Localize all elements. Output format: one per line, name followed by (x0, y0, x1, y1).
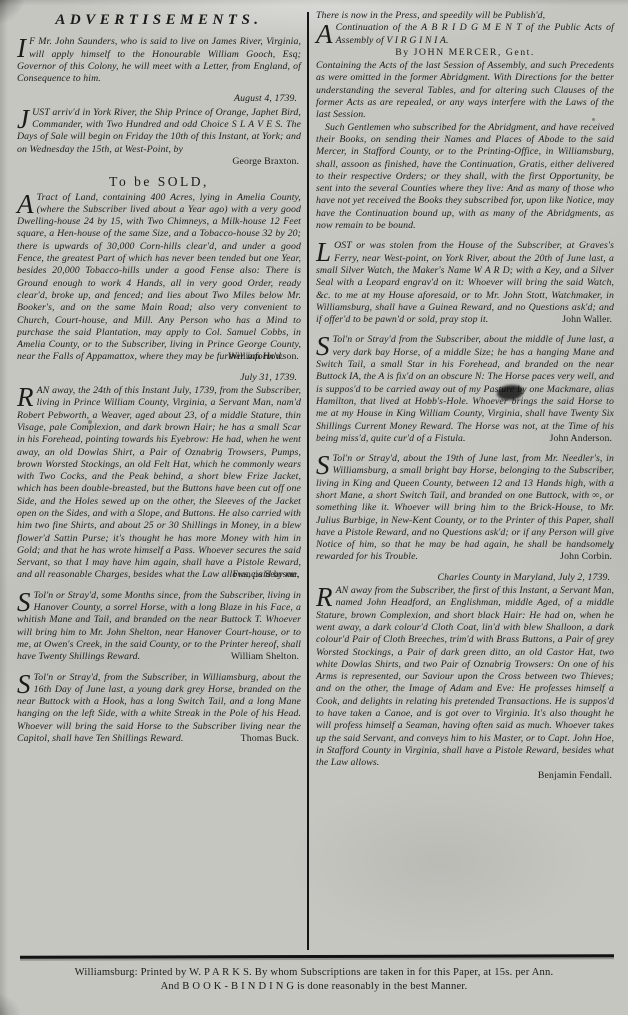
ad-land-sale: To be SOLD, A Tract of Land, containing … (17, 176, 301, 363)
ad-runaway-pebworth: July 31, 1739. RAN away, the 24th of thi… (17, 372, 301, 582)
newspaper-page: { "colors": { "paper": "#c6c6c1", "ink":… (0, 0, 628, 1015)
imprint-line-1: Williamsburg: Printed by W. P A R K S. B… (10, 966, 618, 980)
ad-heading: To be SOLD, (17, 176, 301, 188)
ad-dateline: August 4, 1739. (17, 93, 297, 105)
paper-speck (88, 420, 92, 424)
ad-body: STol'n or Stray'd from the Subscriber, a… (316, 334, 614, 445)
paper-speck (592, 118, 595, 121)
masthead-title: ADVERTISEMENTS. (17, 14, 301, 26)
ad-slave-sale: August 4, 1739. JUST arriv'd in York Riv… (17, 93, 301, 168)
printers-imprint: Williamsburg: Printed by W. P A R K S. B… (10, 966, 618, 994)
ad-body: STol'n or Stray'd, about the 19th of Jun… (316, 453, 614, 564)
ad-stray-horse-buck: STol'n or Stray'd, from the Subscriber, … (17, 672, 301, 746)
ad-body: IF Mr. John Saunders, who is said to liv… (17, 36, 301, 85)
ad-body: JUST arriv'd in York River, the Ship Pri… (17, 107, 301, 156)
ad-runaway-headford: Charles County in Maryland, July 2, 1739… (316, 572, 614, 782)
imprint-line-2: And B O O K - B I N D I N G is done reas… (10, 980, 618, 994)
left-column: ADVERTISEMENTS. IF Mr. John Saunders, wh… (17, 10, 301, 753)
paper-speck (609, 546, 613, 549)
ad-press-notice-abridgment: There is now in the Press, and speedily … (316, 10, 614, 232)
ad-dateline: Charles County in Maryland, July 2, 1739… (316, 572, 610, 584)
ad-stray-horse-shelton: STol'n or Stray'd, some Months since, fr… (17, 590, 301, 664)
right-column: There is now in the Press, and speedily … (316, 10, 614, 790)
ad-lost-watch: LOST or was stolen from the House of the… (316, 240, 614, 326)
bottom-rule (20, 954, 614, 959)
ad-dateline: July 31, 1739. (17, 372, 297, 384)
ad-body: RAN away, the 24th of this Instant July,… (17, 385, 301, 582)
column-divider-rule (307, 12, 309, 950)
ad-signature: Benjamin Fendall. (316, 770, 614, 782)
ad-saunders-letter: IF Mr. John Saunders, who is said to liv… (17, 36, 301, 85)
ad-stray-horse-anderson: STol'n or Stray'd from the Subscriber, a… (316, 334, 614, 445)
ad-stray-horse-corbin: STol'n or Stray'd, about the 19th of Jun… (316, 453, 614, 564)
ad-body: RAN away from the Subscriber, the first … (316, 585, 614, 769)
press-notice-byline: By JOHN MERCER, Gent. (316, 47, 614, 59)
press-notice-body2: Such Gentlemen who subscribed for the Ab… (316, 122, 614, 233)
press-notice-title: A Continuation of the A B R I D G M E N … (316, 22, 614, 47)
press-notice-intro: There is now in the Press, and speedily … (316, 10, 614, 22)
ad-signature: George Braxton. (17, 156, 301, 168)
press-notice-body: Containing the Acts of the last Session … (316, 60, 614, 121)
ad-body: A Tract of Land, containing 400 Acres, l… (17, 192, 301, 364)
